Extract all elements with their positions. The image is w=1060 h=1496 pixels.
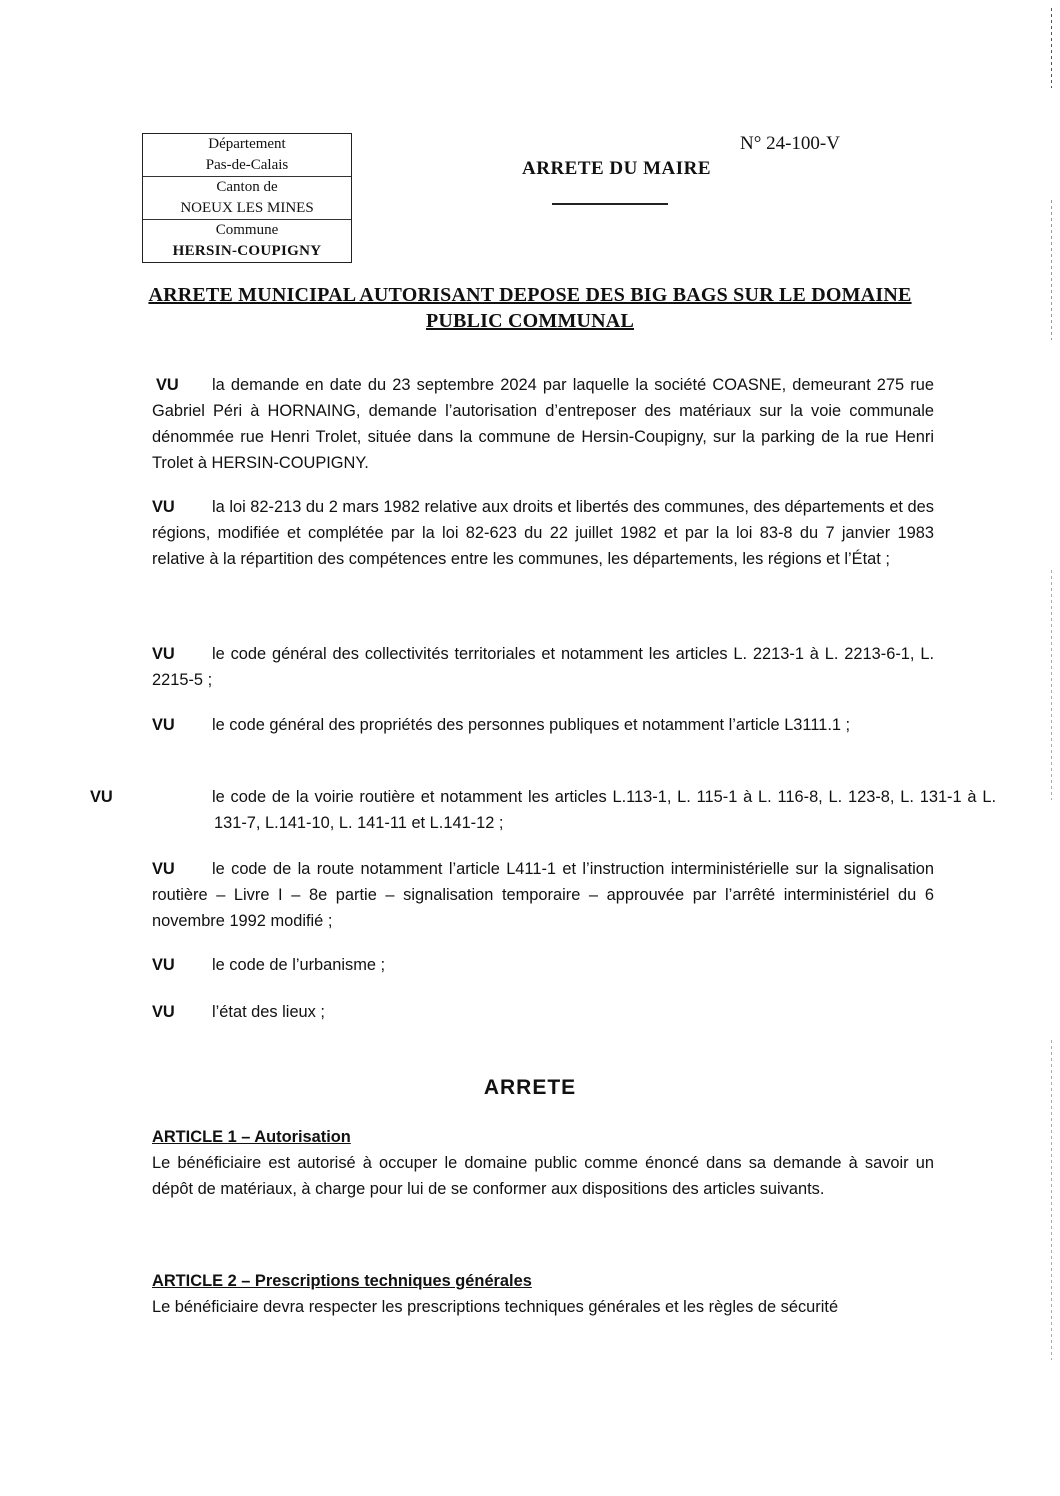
departement-cell: Département Pas-de-Calais xyxy=(143,134,351,177)
vu-label: VU xyxy=(152,494,212,520)
article-1: ARTICLE 1 – Autorisation Le bénéficiaire… xyxy=(152,1124,934,1202)
article-1-text: Le bénéficiaire est autorisé à occuper l… xyxy=(152,1154,934,1198)
vu-label: VU xyxy=(152,372,212,398)
vu-label: VU xyxy=(152,712,212,738)
departement-label: Département xyxy=(145,134,349,155)
arrete-number: N° 24-100-V xyxy=(740,133,840,155)
vu-paragraph-3: VUle code général des collectivités terr… xyxy=(152,641,934,693)
vu-text: le code de la route notamment l’article … xyxy=(152,860,934,930)
commune-label: Commune xyxy=(145,220,349,241)
vu-text: la demande en date du 23 septembre 2024 … xyxy=(152,376,934,472)
article-1-title: ARTICLE 1 – Autorisation xyxy=(152,1124,934,1150)
departement-value: Pas-de-Calais xyxy=(145,155,349,176)
vu-label: VU xyxy=(152,952,212,978)
vu-label: VU xyxy=(152,999,212,1025)
canton-cell: Canton de NOEUX LES MINES xyxy=(143,177,351,220)
vu-text: le code général des collectivités territ… xyxy=(152,645,934,689)
article-2: ARTICLE 2 – Prescriptions techniques gén… xyxy=(152,1268,934,1320)
arrete-du-maire-heading: ARRETE DU MAIRE xyxy=(522,158,711,180)
vu-paragraph-8: VUl’état des lieux ; xyxy=(152,999,934,1025)
vu-label: VU xyxy=(152,784,212,810)
commune-cell: Commune HERSIN-COUPIGNY xyxy=(143,220,351,262)
commune-value: HERSIN-COUPIGNY xyxy=(145,241,349,262)
scan-edge-artifact xyxy=(1051,200,1052,340)
document-title: ARRETE MUNICIPAL AUTORISANT DEPOSE DES B… xyxy=(130,282,930,334)
vu-paragraph-2: VUla loi 82-213 du 2 mars 1982 relative … xyxy=(152,494,934,572)
vu-paragraph-4: VUle code général des propriétés des per… xyxy=(152,712,934,738)
arrete-heading: ARRETE xyxy=(130,1076,930,1100)
administrative-header-box: Département Pas-de-Calais Canton de NOEU… xyxy=(142,133,352,263)
scan-edge-artifact xyxy=(1051,570,1052,800)
article-2-text: Le bénéficiaire devra respecter les pres… xyxy=(152,1298,838,1316)
vu-text: le code général des propriétés des perso… xyxy=(212,716,850,734)
vu-text: la loi 82-213 du 2 mars 1982 relative au… xyxy=(152,498,934,568)
article-2-title: ARTICLE 2 – Prescriptions techniques gén… xyxy=(152,1268,934,1294)
vu-text: le code de l’urbanisme ; xyxy=(212,956,385,974)
canton-label: Canton de xyxy=(145,177,349,198)
scan-edge-artifact xyxy=(1051,8,1052,88)
vu-text: l’état des lieux ; xyxy=(212,1003,325,1021)
vu-label: VU xyxy=(152,856,212,882)
vu-paragraph-1: VUla demande en date du 23 septembre 202… xyxy=(152,372,934,476)
heading-divider xyxy=(552,203,668,205)
scan-edge-artifact xyxy=(1051,1040,1052,1360)
vu-paragraph-7: VUle code de l’urbanisme ; xyxy=(152,952,934,978)
vu-text: le code de la voirie routière et notamme… xyxy=(212,788,996,832)
canton-value: NOEUX LES MINES xyxy=(145,198,349,219)
vu-paragraph-5: VUle code de la voirie routière et notam… xyxy=(152,784,996,836)
vu-label: VU xyxy=(152,641,212,667)
vu-paragraph-6: VUle code de la route notamment l’articl… xyxy=(152,856,934,934)
